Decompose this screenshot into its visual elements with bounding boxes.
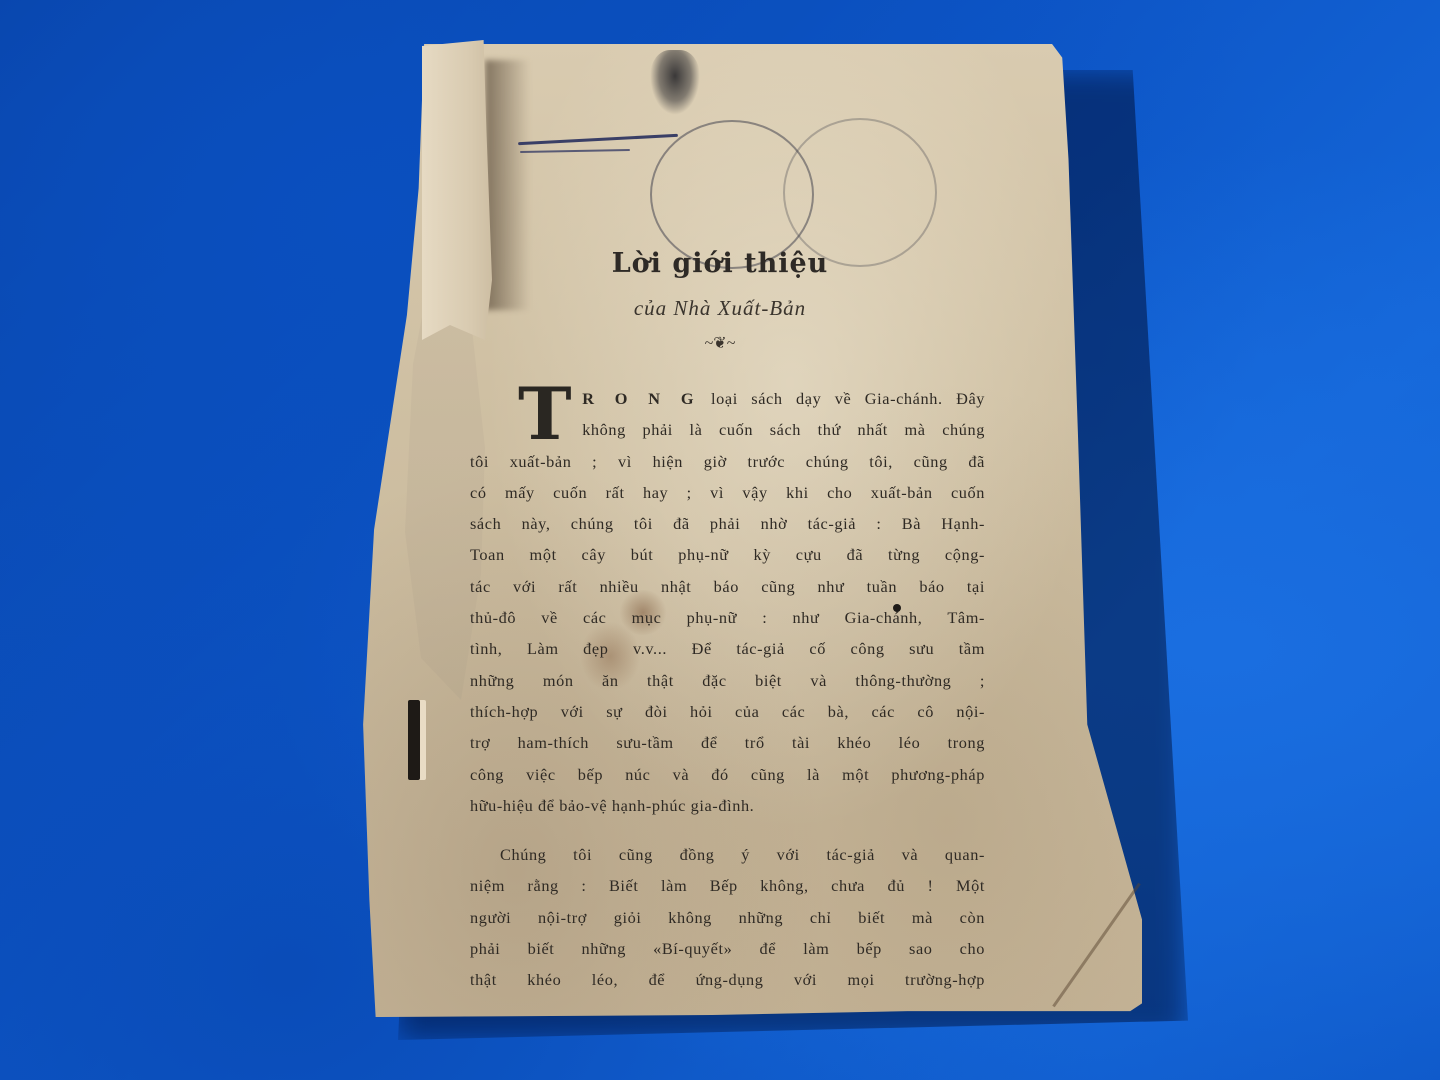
page-subtitle: của Nhà Xuất-Bản bbox=[580, 296, 860, 321]
text-line: thích-hợp với sự đòi hỏi của các bà, các… bbox=[470, 696, 985, 727]
text-line: thật khéo léo, để ứng-dụng với mọi trườn… bbox=[470, 964, 985, 995]
paragraph-gap bbox=[470, 821, 985, 839]
text-line: thủ-đô về các mục phụ-nữ : như Gia-chánh… bbox=[470, 602, 985, 633]
text-line: tác với rất nhiều nhật báo cũng như tuần… bbox=[470, 571, 985, 602]
lead-caps: R O N G bbox=[582, 389, 697, 408]
text-line: Toan một cây bút phụ-nữ kỳ cựu đã từng c… bbox=[470, 539, 985, 570]
text-line: có mấy cuốn rất hay ; vì vậy khi cho xuấ… bbox=[470, 477, 985, 508]
ink-smudge bbox=[650, 50, 700, 115]
binding-staple-slot bbox=[408, 700, 420, 780]
text-line: phải biết những «Bí-quyết» để làm bếp sa… bbox=[470, 933, 985, 964]
paragraph-1: T R O N G loại sách dạy về Gia-chánh. Đâ… bbox=[470, 383, 985, 821]
text-line: Chúng tôi cũng đồng ý với tác-giả và qua… bbox=[470, 839, 985, 870]
text-line: niệm rằng : Biết làm Bếp không, chưa đủ … bbox=[470, 870, 985, 901]
folded-page-flap bbox=[422, 40, 492, 340]
text-line: trợ ham-thích sưu-tầm để trổ tài khéo lé… bbox=[470, 727, 985, 758]
drop-cap: T bbox=[518, 385, 572, 443]
text-line: tình, Làm đẹp v.v... Để tác-giả cố công … bbox=[470, 633, 985, 664]
text-line: công việc bếp núc và đó cũng là một phươ… bbox=[470, 759, 985, 790]
paragraph-2: Chúng tôi cũng đồng ý với tác-giả và qua… bbox=[470, 839, 985, 995]
introduction-body: T R O N G loại sách dạy về Gia-chánh. Đâ… bbox=[470, 383, 985, 996]
faded-stamp-circle-secondary bbox=[783, 118, 937, 267]
text-line: những món ăn thật đặc biệt và thông-thườ… bbox=[470, 665, 985, 696]
ornament-icon: ~❦~ bbox=[690, 333, 750, 353]
fold-shadow bbox=[485, 60, 530, 310]
page-title: Lời giới thiệu bbox=[600, 248, 840, 279]
text-line: người nội-trợ giỏi không những chỉ biết … bbox=[470, 902, 985, 933]
text-line: hữu-hiệu để bảo-vệ hạnh-phúc gia-đình. bbox=[470, 790, 985, 821]
text-line: sách này, chúng tôi đã phải nhờ tác-giả … bbox=[470, 508, 985, 539]
text-line: tôi xuất-bản ; vì hiện giờ trước chúng t… bbox=[470, 446, 985, 477]
